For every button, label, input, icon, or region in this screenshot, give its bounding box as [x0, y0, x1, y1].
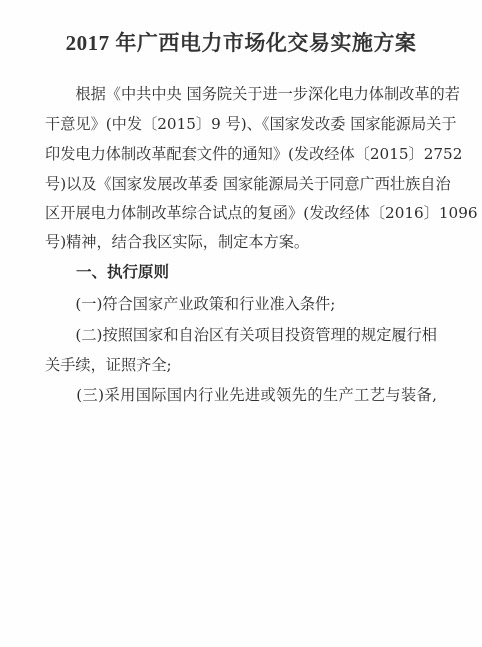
intro-line: 区开展电力体制改革综合试点的复函》(发改经体〔2016〕1096 [45, 203, 437, 223]
principle-line: 关手续，证照齐全; [45, 355, 437, 375]
intro-line: 号)以及《国家发展改革委 国家能源局关于同意广西壮族自治 [45, 174, 437, 194]
document-page: 2017 年广西电力市场化交易实施方案 根据《中共中央 国务院关于进一步深化电力… [0, 0, 482, 647]
document-title: 2017 年广西电力市场化交易实施方案 [0, 30, 482, 56]
intro-line: 印发电力体制改革配套文件的通知》(发改经体〔2015〕2752 [45, 144, 437, 164]
intro-line: 根据《中共中央 国务院关于进一步深化电力体制改革的若 [45, 84, 437, 104]
intro-line: 干意见》(中发〔2015〕9 号)、《国家发改委 国家能源局关于 [45, 114, 437, 134]
principle-line: (一)符合国家产业政策和行业准入条件; [45, 294, 437, 314]
section-heading-principles: 一、执行原则 [76, 262, 169, 282]
intro-line: 号)精神，结合我区实际，制定本方案。 [45, 232, 437, 252]
principle-line: (二)按照国家和自治区有关项目投资管理的规定履行相 [45, 325, 437, 345]
principle-line: (三)采用国际国内行业先进或领先的生产工艺与装备, [45, 385, 437, 405]
